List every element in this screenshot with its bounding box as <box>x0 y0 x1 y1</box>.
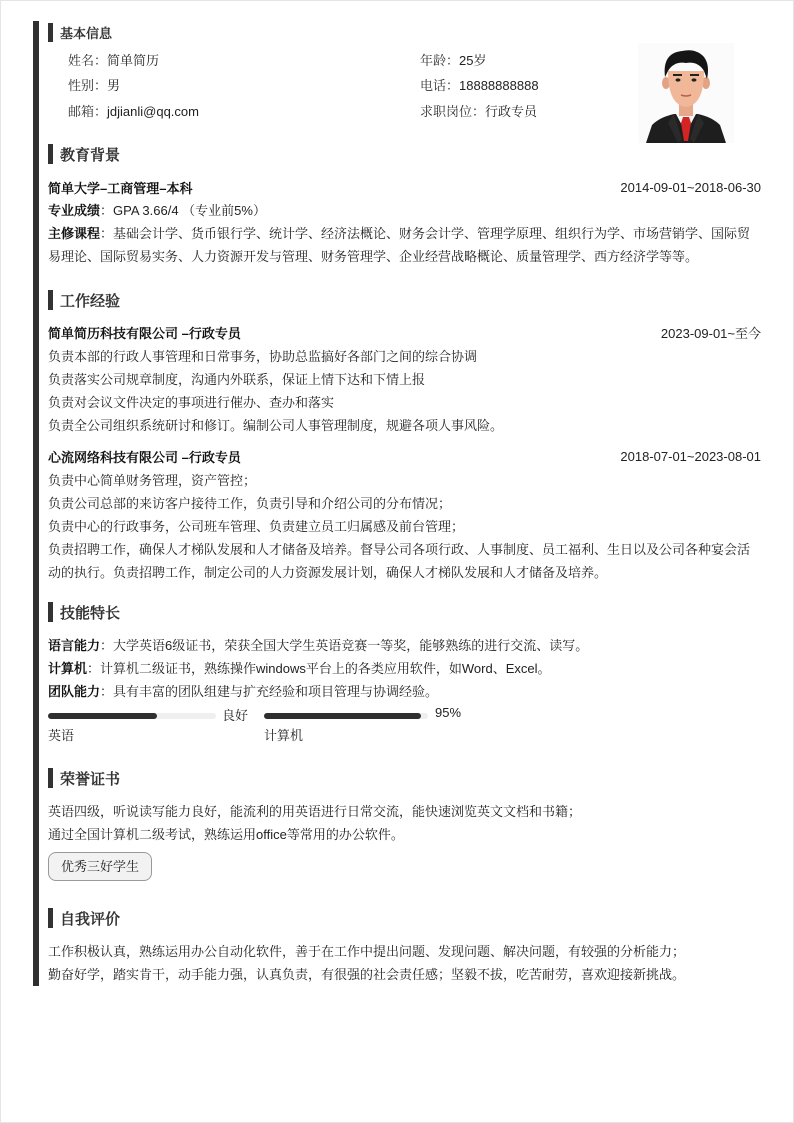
section-work-experience: 工作经验 简单简历科技有限公司 –行政专员 2023-09-01~至今 负责本部… <box>48 289 761 584</box>
field-label: 求职岗位： <box>420 104 485 119</box>
section-basic-info: 基本信息 <box>48 21 761 43</box>
section-education: 教育背景 简单大学–工商管理–本科 2014-09-01~2018-06-30 … <box>48 143 761 268</box>
job-duty: 负责公司总部的来访客户接待工作，负责引导和介绍公司的分布情况； <box>48 492 761 515</box>
progress-track <box>48 713 216 719</box>
section-title: 自我评价 <box>60 908 120 929</box>
field-gender: 性别：男 <box>68 76 120 96</box>
job-entry: 简单简历科技有限公司 –行政专员 2023-09-01~至今 负责本部的行政人事… <box>48 322 761 437</box>
section-title: 教育背景 <box>60 144 120 165</box>
skill-bars: 良好 英语 95% 计算机 <box>48 707 761 747</box>
field-age: 年龄：25岁 <box>420 51 486 71</box>
job-duty: 负责落实公司规章制度，沟通内外联系，保证上情下达和下情上报 <box>48 368 761 391</box>
progress-value: 良好 <box>222 705 248 724</box>
progress-fill <box>48 713 157 719</box>
job-duty: 负责中心的行政事务，公司班车管理、负责建立员工归属感及前台管理； <box>48 515 761 538</box>
skill-value: ：具有丰富的团队组建与扩充经验和项目管理与协调经验。 <box>100 684 438 699</box>
field-label: 邮箱： <box>68 104 107 119</box>
job-entry: 心流网络科技有限公司 –行政专员 2018-07-01~2023-08-01 负… <box>48 446 761 584</box>
self-eval-line: 工作积极认真，熟练运用办公自动化软件，善于在工作中提出问题、发现问题、解决问题，… <box>48 940 761 963</box>
skill-value: ：大学英语6级证书，荣获全国大学生英语竞赛一等奖，能够熟练的进行交流、读写。 <box>100 638 588 653</box>
field-label: 电话： <box>420 78 459 93</box>
education-courses: 主修课程：基础会计学、货币银行学、统计学、经济法概论、财务会计学、管理学原理、组… <box>48 222 761 268</box>
field-label: 性别： <box>68 78 107 93</box>
section-marker <box>48 290 53 310</box>
field-email: 邮箱：jdjianli@qq.com <box>68 102 199 122</box>
left-accent-rail <box>33 21 39 986</box>
portrait-illustration-icon <box>638 43 734 143</box>
skill-label: 团队能力 <box>48 684 100 699</box>
progress-value: 95% <box>435 705 461 720</box>
field-phone: 电话：18888888888 <box>420 76 539 96</box>
section-self-evaluation: 自我评价 工作积极认真，熟练运用办公自动化软件，善于在工作中提出问题、发现问题、… <box>48 907 761 986</box>
courses-value: ：基础会计学、货币银行学、统计学、经济法概论、财务会计学、管理学原理、组织行为学… <box>48 226 750 264</box>
education-school: 简单大学–工商管理–本科 <box>48 178 192 197</box>
job-header: 简单简历科技有限公司 –行政专员 2023-09-01~至今 <box>48 322 761 342</box>
education-date: 2014-09-01~2018-06-30 <box>620 180 761 195</box>
education-entry-header: 简单大学–工商管理–本科 2014-09-01~2018-06-30 <box>48 177 761 197</box>
education-gpa: 专业成绩：GPA 3.66/4 （专业前5%） <box>48 199 761 222</box>
honor-line: 英语四级，听说读写能力良好，能流利的用英语进行日常交流，能快速浏览英文文档和书籍… <box>48 800 761 823</box>
skill-item: 计算机：计算机二级证书，熟练操作windows平台上的各类应用软件，如Word、… <box>48 657 761 680</box>
job-header: 心流网络科技有限公司 –行政专员 2018-07-01~2023-08-01 <box>48 446 761 466</box>
profile-photo <box>638 43 734 143</box>
field-value: 25岁 <box>459 53 486 68</box>
job-date: 2023-09-01~至今 <box>661 323 761 342</box>
skill-label: 语言能力 <box>48 638 100 653</box>
field-value: 男 <box>107 78 120 93</box>
field-label: 年龄： <box>420 53 459 68</box>
section-marker <box>48 602 53 622</box>
section-marker <box>48 23 53 42</box>
job-duty: 负责全公司组织系统研讨和修订。编制公司人事管理制度，规避各项人事风险。 <box>48 414 761 437</box>
section-marker <box>48 768 53 788</box>
honor-tag: 优秀三好学生 <box>48 852 152 881</box>
gpa-value: ：GPA 3.66/4 （专业前5%） <box>100 203 266 218</box>
job-duty: 负责招聘工作，确保人才梯队发展和人才储备及培养。督导公司各项行政、人事制度、员工… <box>48 538 761 584</box>
section-title: 工作经验 <box>60 290 120 311</box>
section-header: 荣誉证书 <box>48 767 761 789</box>
section-skills: 技能特长 语言能力：大学英语6级证书，荣获全国大学生英语竞赛一等奖，能够熟练的进… <box>48 601 761 747</box>
progress-name: 英语 <box>48 725 74 744</box>
progress-track <box>264 713 428 719</box>
gpa-label: 专业成绩 <box>48 203 100 218</box>
job-duty: 负责本部的行政人事管理和日常事务，协助总监搞好各部门之间的综合协调 <box>48 345 761 368</box>
progress-fill <box>264 713 421 719</box>
skill-item: 语言能力：大学英语6级证书，荣获全国大学生英语竞赛一等奖，能够熟练的进行交流、读… <box>48 634 761 657</box>
job-duty: 负责中心简单财务管理，资产管控； <box>48 469 761 492</box>
field-value: jdjianli@qq.com <box>107 104 199 119</box>
field-value: 行政专员 <box>485 104 537 119</box>
section-header: 自我评价 <box>48 907 761 929</box>
field-value: 18888888888 <box>459 78 539 93</box>
job-title: 简单简历科技有限公司 –行政专员 <box>48 323 241 342</box>
section-honors: 荣誉证书 英语四级，听说读写能力良好，能流利的用英语进行日常交流，能快速浏览英文… <box>48 767 761 881</box>
courses-label: 主修课程 <box>48 226 100 241</box>
self-eval-line: 勤奋好学，踏实肯干，动手能力强，认真负责，有很强的社会责任感；坚毅不拔，吃苦耐劳… <box>48 963 761 986</box>
progress-name: 计算机 <box>264 725 303 744</box>
job-title: 心流网络科技有限公司 –行政专员 <box>48 447 241 466</box>
section-marker <box>48 908 53 928</box>
section-marker <box>48 144 53 164</box>
job-date: 2018-07-01~2023-08-01 <box>620 449 761 464</box>
field-value: 简单简历 <box>107 53 159 68</box>
section-title: 技能特长 <box>60 602 120 623</box>
honor-line: 通过全国计算机二级考试，熟练运用office等常用的办公软件。 <box>48 823 761 846</box>
field-label: 姓名： <box>68 53 107 68</box>
skill-label: 计算机 <box>48 661 87 676</box>
section-header: 基本信息 <box>48 21 761 43</box>
skill-value: ：计算机二级证书，熟练操作windows平台上的各类应用软件，如Word、Exc… <box>87 661 550 676</box>
section-title: 基本信息 <box>60 23 112 42</box>
section-header: 教育背景 <box>48 143 761 165</box>
section-title: 荣誉证书 <box>60 768 120 789</box>
job-duty: 负责对会议文件决定的事项进行催办、查办和落实 <box>48 391 761 414</box>
section-header: 技能特长 <box>48 601 761 623</box>
field-position: 求职岗位：行政专员 <box>420 102 537 122</box>
section-header: 工作经验 <box>48 289 761 311</box>
resume-page: 基本信息 姓名：简单简历 性别：男 邮箱：jdjianli@qq.com 年龄：… <box>0 0 794 1123</box>
field-name: 姓名：简单简历 <box>68 51 159 71</box>
skill-item: 团队能力：具有丰富的团队组建与扩充经验和项目管理与协调经验。 <box>48 680 761 703</box>
